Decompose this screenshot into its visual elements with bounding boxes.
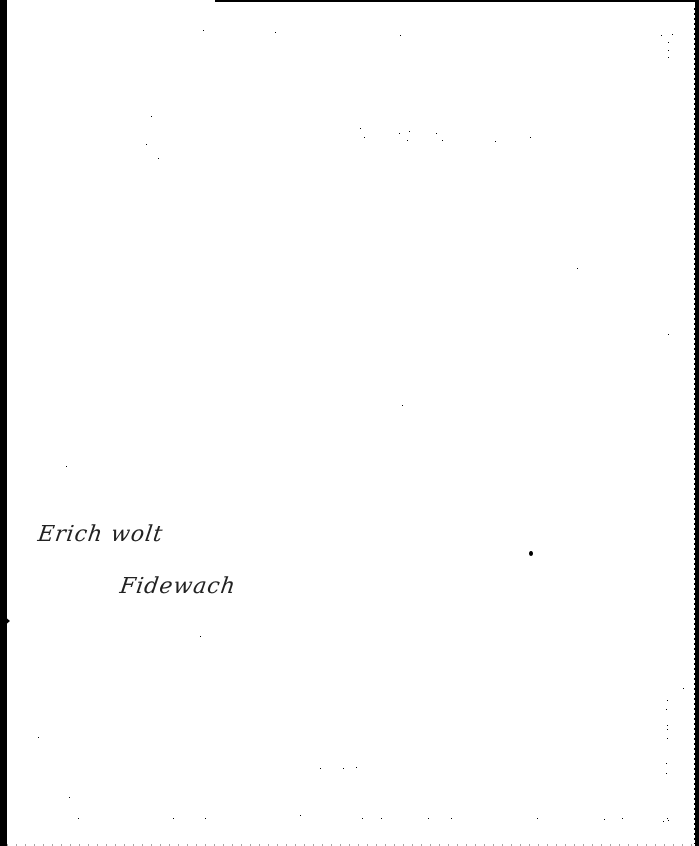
speck (407, 140, 408, 141)
speck (622, 818, 623, 819)
scan-right-border-noise (694, 8, 695, 844)
speck (667, 725, 668, 726)
speck (668, 42, 669, 43)
scanned-page: Erich wolt Fidewach (0, 0, 699, 846)
speck (158, 158, 159, 159)
speck (200, 636, 201, 637)
speck (577, 268, 578, 269)
speck (146, 144, 147, 145)
handwritten-note-line-2: Fidewach (118, 574, 237, 599)
speck (364, 137, 365, 138)
speck (668, 50, 669, 51)
speck (451, 818, 452, 819)
speck (667, 818, 668, 819)
handwritten-note-line-1: Erich wolt (36, 522, 165, 547)
scan-edge-mark (3, 615, 10, 627)
speck (320, 768, 321, 769)
speck (668, 57, 669, 58)
speck (668, 334, 669, 335)
speck (667, 700, 668, 701)
ink-dot (529, 551, 533, 556)
speck (409, 131, 410, 132)
scan-left-border (0, 0, 7, 846)
speck (400, 35, 401, 36)
speck (667, 729, 668, 730)
speck (399, 133, 400, 134)
speck (69, 797, 70, 798)
speck (667, 738, 668, 739)
speck (205, 818, 206, 819)
speck (428, 818, 429, 819)
speck (151, 116, 152, 117)
speck (530, 137, 531, 138)
speck (537, 818, 538, 819)
speck (683, 688, 684, 689)
speck (362, 818, 363, 819)
speck (495, 141, 496, 142)
speck (604, 819, 605, 820)
speck (203, 30, 204, 31)
speck (666, 773, 667, 774)
speck (38, 737, 39, 738)
speck (436, 133, 437, 134)
speck (356, 767, 357, 768)
scan-right-border (695, 0, 699, 846)
speck (275, 32, 276, 33)
speck (381, 818, 382, 819)
speck (78, 818, 79, 819)
speck (663, 821, 664, 822)
speck (666, 763, 667, 764)
speck (300, 815, 301, 816)
speck (343, 768, 344, 769)
speck (66, 466, 67, 467)
speck (672, 34, 673, 35)
scan-top-border (215, 0, 699, 2)
speck (402, 405, 403, 406)
speck (666, 709, 667, 710)
speck (442, 140, 443, 141)
speck (668, 820, 669, 821)
speck (173, 818, 174, 819)
speck (360, 128, 361, 129)
speck (661, 35, 662, 36)
